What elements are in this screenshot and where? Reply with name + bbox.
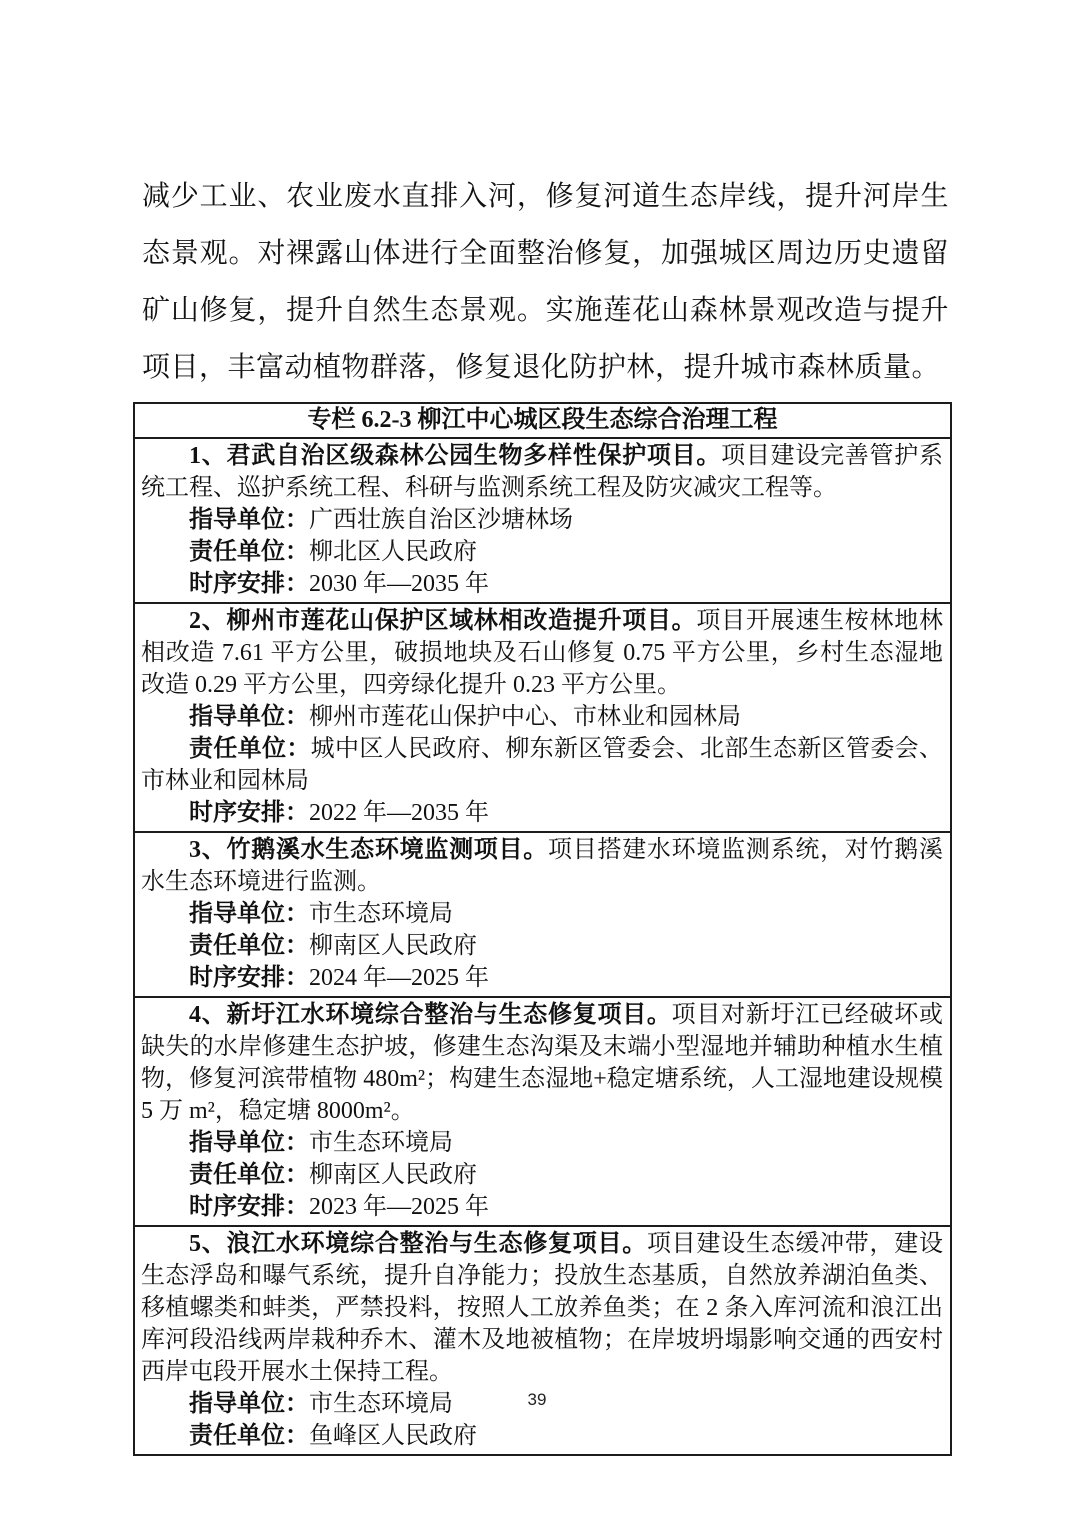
project-paragraph: 5、浪江水环境综合整治与生态修复项目。项目建设生态缓冲带，建设生态浮岛和曝气系统…	[141, 1228, 943, 1388]
project-title: 3、竹鹅溪水生态环境监测项目。	[189, 837, 548, 863]
table-row: 2、柳州市莲花山保护区域林相改造提升项目。项目开展速生桉林地林相改造 7.61 …	[135, 604, 950, 833]
field-label: 指导单位：	[189, 704, 309, 730]
field-line: 时序安排：2023 年—2025 年	[141, 1191, 943, 1223]
field-line: 时序安排：2024 年—2025 年	[141, 962, 943, 994]
field-value: 柳北区人民政府	[309, 539, 477, 565]
field-value: 鱼峰区人民政府	[309, 1423, 477, 1449]
field-line: 责任单位：柳北区人民政府	[141, 536, 943, 568]
field-value: 广西壮族自治区沙塘林场	[309, 507, 573, 533]
field-value: 市生态环境局	[309, 1130, 453, 1156]
project-title: 5、浪江水环境综合整治与生态修复项目。	[189, 1231, 647, 1257]
field-label: 时序安排：	[189, 1194, 309, 1220]
field-value: 柳州市莲花山保护中心、市林业和园林局	[309, 704, 741, 730]
field-value: 柳南区人民政府	[309, 1162, 477, 1188]
field-label: 责任单位：	[189, 933, 309, 959]
field-label: 时序安排：	[189, 965, 309, 991]
project-paragraph: 4、新圩江水环境综合整治与生态修复项目。项目对新圩江已经破坏或缺失的水岸修建生态…	[141, 999, 943, 1127]
document-page: 减少工业、农业废水直排入河，修复河道生态岸线，提升河岸生态景观。对裸露山体进行全…	[133, 168, 952, 1456]
table-row: 1、君武自治区级森林公园生物多样性保护项目。项目建设完善管护系统工程、巡护系统工…	[135, 439, 950, 604]
field-line: 责任单位：柳南区人民政府	[141, 930, 943, 962]
field-label: 责任单位：	[189, 539, 309, 565]
field-value: 2023 年—2025 年	[309, 1194, 489, 1220]
field-label: 责任单位：	[189, 1162, 309, 1188]
field-value: 2030 年—2035 年	[309, 571, 489, 597]
project-title: 1、君武自治区级森林公园生物多样性保护项目。	[189, 443, 721, 469]
field-label: 时序安排：	[189, 571, 309, 597]
field-line: 指导单位：市生态环境局	[141, 898, 943, 930]
field-line: 时序安排：2022 年—2035 年	[141, 797, 943, 829]
field-label: 责任单位：	[189, 1423, 309, 1449]
project-title: 4、新圩江水环境综合整治与生态修复项目。	[189, 1002, 672, 1028]
field-label: 指导单位：	[189, 507, 309, 533]
table-row: 5、浪江水环境综合整治与生态修复项目。项目建设生态缓冲带，建设生态浮岛和曝气系统…	[135, 1227, 950, 1454]
table-row: 4、新圩江水环境综合整治与生态修复项目。项目对新圩江已经破坏或缺失的水岸修建生态…	[135, 998, 950, 1227]
panel-title: 专栏 6.2-3 柳江中心城区段生态综合治理工程	[135, 404, 950, 439]
project-title: 2、柳州市莲花山保护区域林相改造提升项目。	[189, 608, 696, 634]
project-paragraph: 1、君武自治区级森林公园生物多样性保护项目。项目建设完善管护系统工程、巡护系统工…	[141, 440, 943, 504]
field-label: 指导单位：	[189, 901, 309, 927]
project-paragraph: 2、柳州市莲花山保护区域林相改造提升项目。项目开展速生桉林地林相改造 7.61 …	[141, 605, 943, 701]
field-line: 责任单位：柳南区人民政府	[141, 1159, 943, 1191]
field-label: 指导单位：	[189, 1130, 309, 1156]
page-number: 39	[0, 1390, 1074, 1410]
field-value: 2022 年—2035 年	[309, 800, 489, 826]
field-line: 时序安排：2030 年—2035 年	[141, 568, 943, 600]
project-paragraph: 3、竹鹅溪水生态环境监测项目。项目搭建水环境监测系统，对竹鹅溪水生态环境进行监测…	[141, 834, 943, 898]
intro-paragraph: 减少工业、农业废水直排入河，修复河道生态岸线，提升河岸生态景观。对裸露山体进行全…	[133, 168, 952, 396]
field-line: 指导单位：市生态环境局	[141, 1127, 943, 1159]
field-line: 指导单位：柳州市莲花山保护中心、市林业和园林局	[141, 701, 943, 733]
field-value: 市生态环境局	[309, 901, 453, 927]
field-label: 责任单位：	[189, 736, 311, 762]
field-value: 柳南区人民政府	[309, 933, 477, 959]
field-line: 指导单位：广西壮族自治区沙塘林场	[141, 504, 943, 536]
project-panel: 专栏 6.2-3 柳江中心城区段生态综合治理工程 1、君武自治区级森林公园生物多…	[133, 402, 952, 1456]
field-label: 时序安排：	[189, 800, 309, 826]
table-row: 3、竹鹅溪水生态环境监测项目。项目搭建水环境监测系统，对竹鹅溪水生态环境进行监测…	[135, 833, 950, 998]
field-line: 责任单位：城中区人民政府、柳东新区管委会、北部生态新区管委会、市林业和园林局	[141, 733, 943, 797]
field-value: 2024 年—2025 年	[309, 965, 489, 991]
field-line: 责任单位：鱼峰区人民政府	[141, 1420, 943, 1452]
